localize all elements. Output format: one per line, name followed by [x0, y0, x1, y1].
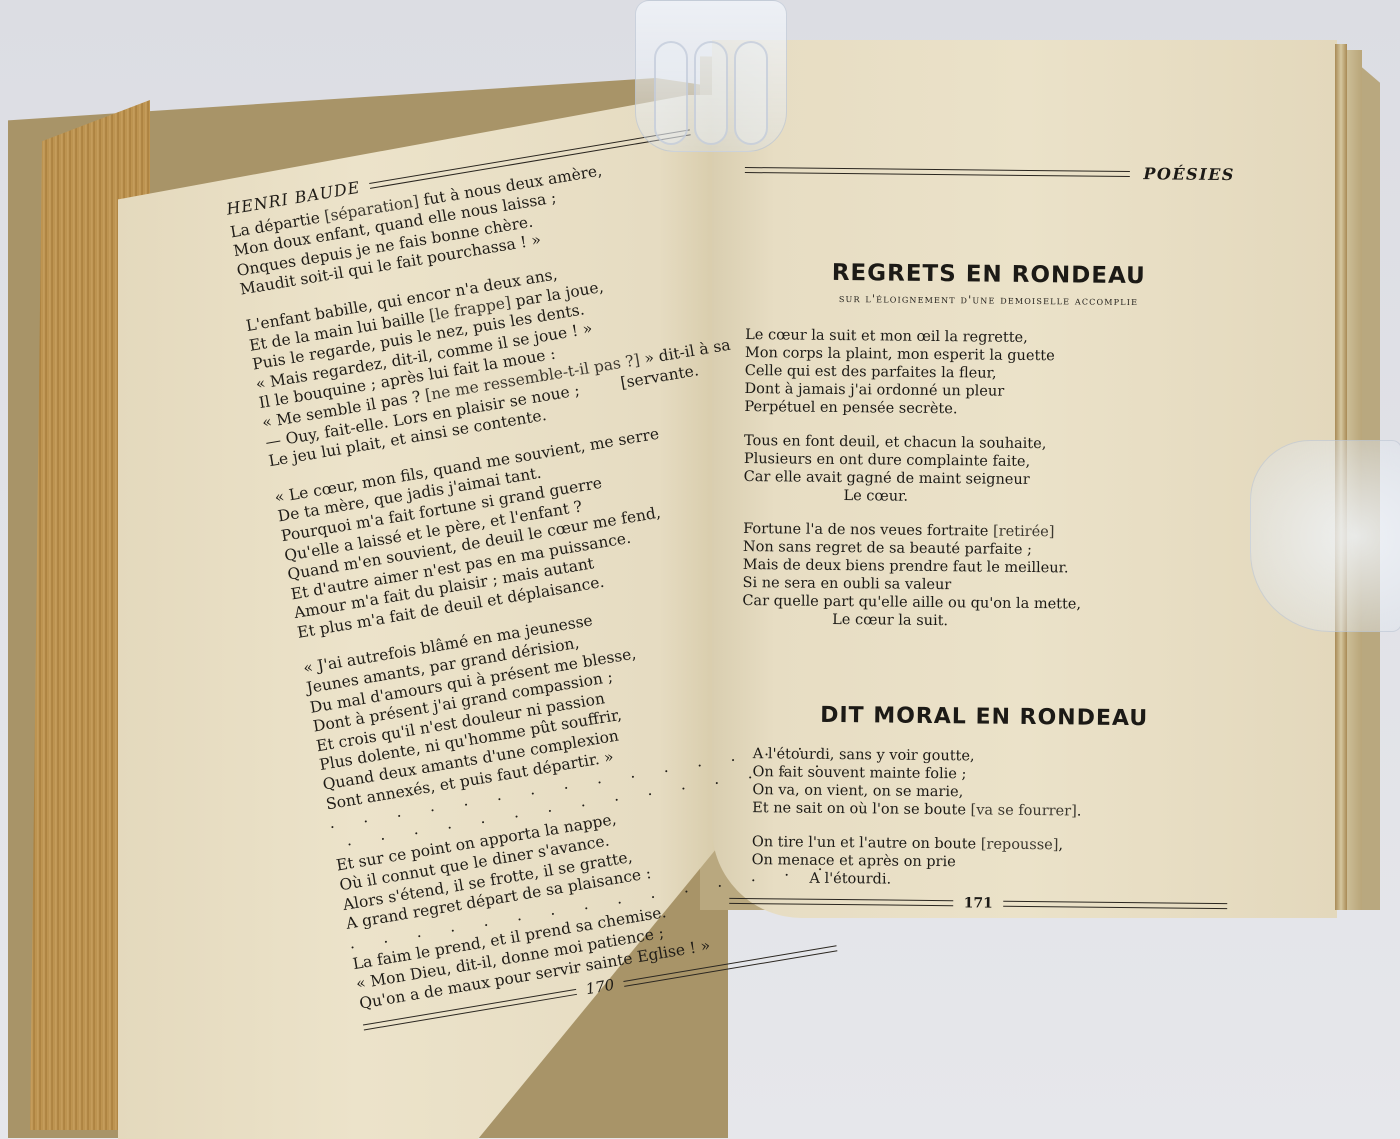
- page-clip-right: [1250, 440, 1400, 632]
- refrain: A l'étourdi.: [751, 869, 1227, 892]
- poem-title: DIT MORAL EN RONDEAU: [739, 702, 1229, 732]
- double-rule: [1003, 901, 1227, 909]
- gloss: [va se fourrer]: [970, 802, 1076, 819]
- clip-finger: [734, 41, 768, 145]
- clip-finger: [694, 41, 728, 145]
- stanza: A l'étourdi, sans y voir goutte, On fait…: [752, 745, 1229, 822]
- page-clip-top: [635, 0, 787, 152]
- double-rule: [745, 166, 1130, 176]
- poem-subtitle: sur l'éloignement d'une demoiselle accom…: [743, 291, 1233, 309]
- stanza: Fortune l'a de nos veues fortraite [reti…: [742, 520, 1231, 633]
- poem-title: REGRETS EN RONDEAU: [744, 259, 1234, 290]
- running-head-right: POÉSIES: [745, 160, 1235, 184]
- page-number: 171: [964, 895, 993, 911]
- running-head-section: POÉSIES: [1143, 164, 1235, 184]
- stanza: On tire l'un et l'autre on boute [repous…: [751, 833, 1228, 892]
- verse-line: Perpétuel en pensée secrète.: [744, 398, 1232, 421]
- open-book-photo: HENRI BAUDE La départie [séparation] fut…: [0, 0, 1400, 1139]
- gloss: [repousse]: [981, 837, 1059, 854]
- right-page-text: POÉSIES REGRETS EN RONDEAU sur l'éloigne…: [737, 160, 1235, 914]
- refrain: Le cœur la suit.: [742, 610, 1230, 633]
- stanza: Tous en font deuil, et chacun la souhait…: [743, 432, 1232, 509]
- stanza: Le cœur la suit et mon œil la regrette, …: [744, 326, 1233, 421]
- gloss: [retirée]: [993, 524, 1055, 541]
- double-rule: [729, 898, 953, 906]
- refrain: Le cœur.: [743, 486, 1231, 509]
- verse-line: Et ne sait on où l'on se boute [va se fo…: [752, 799, 1228, 822]
- clip-finger: [654, 41, 688, 145]
